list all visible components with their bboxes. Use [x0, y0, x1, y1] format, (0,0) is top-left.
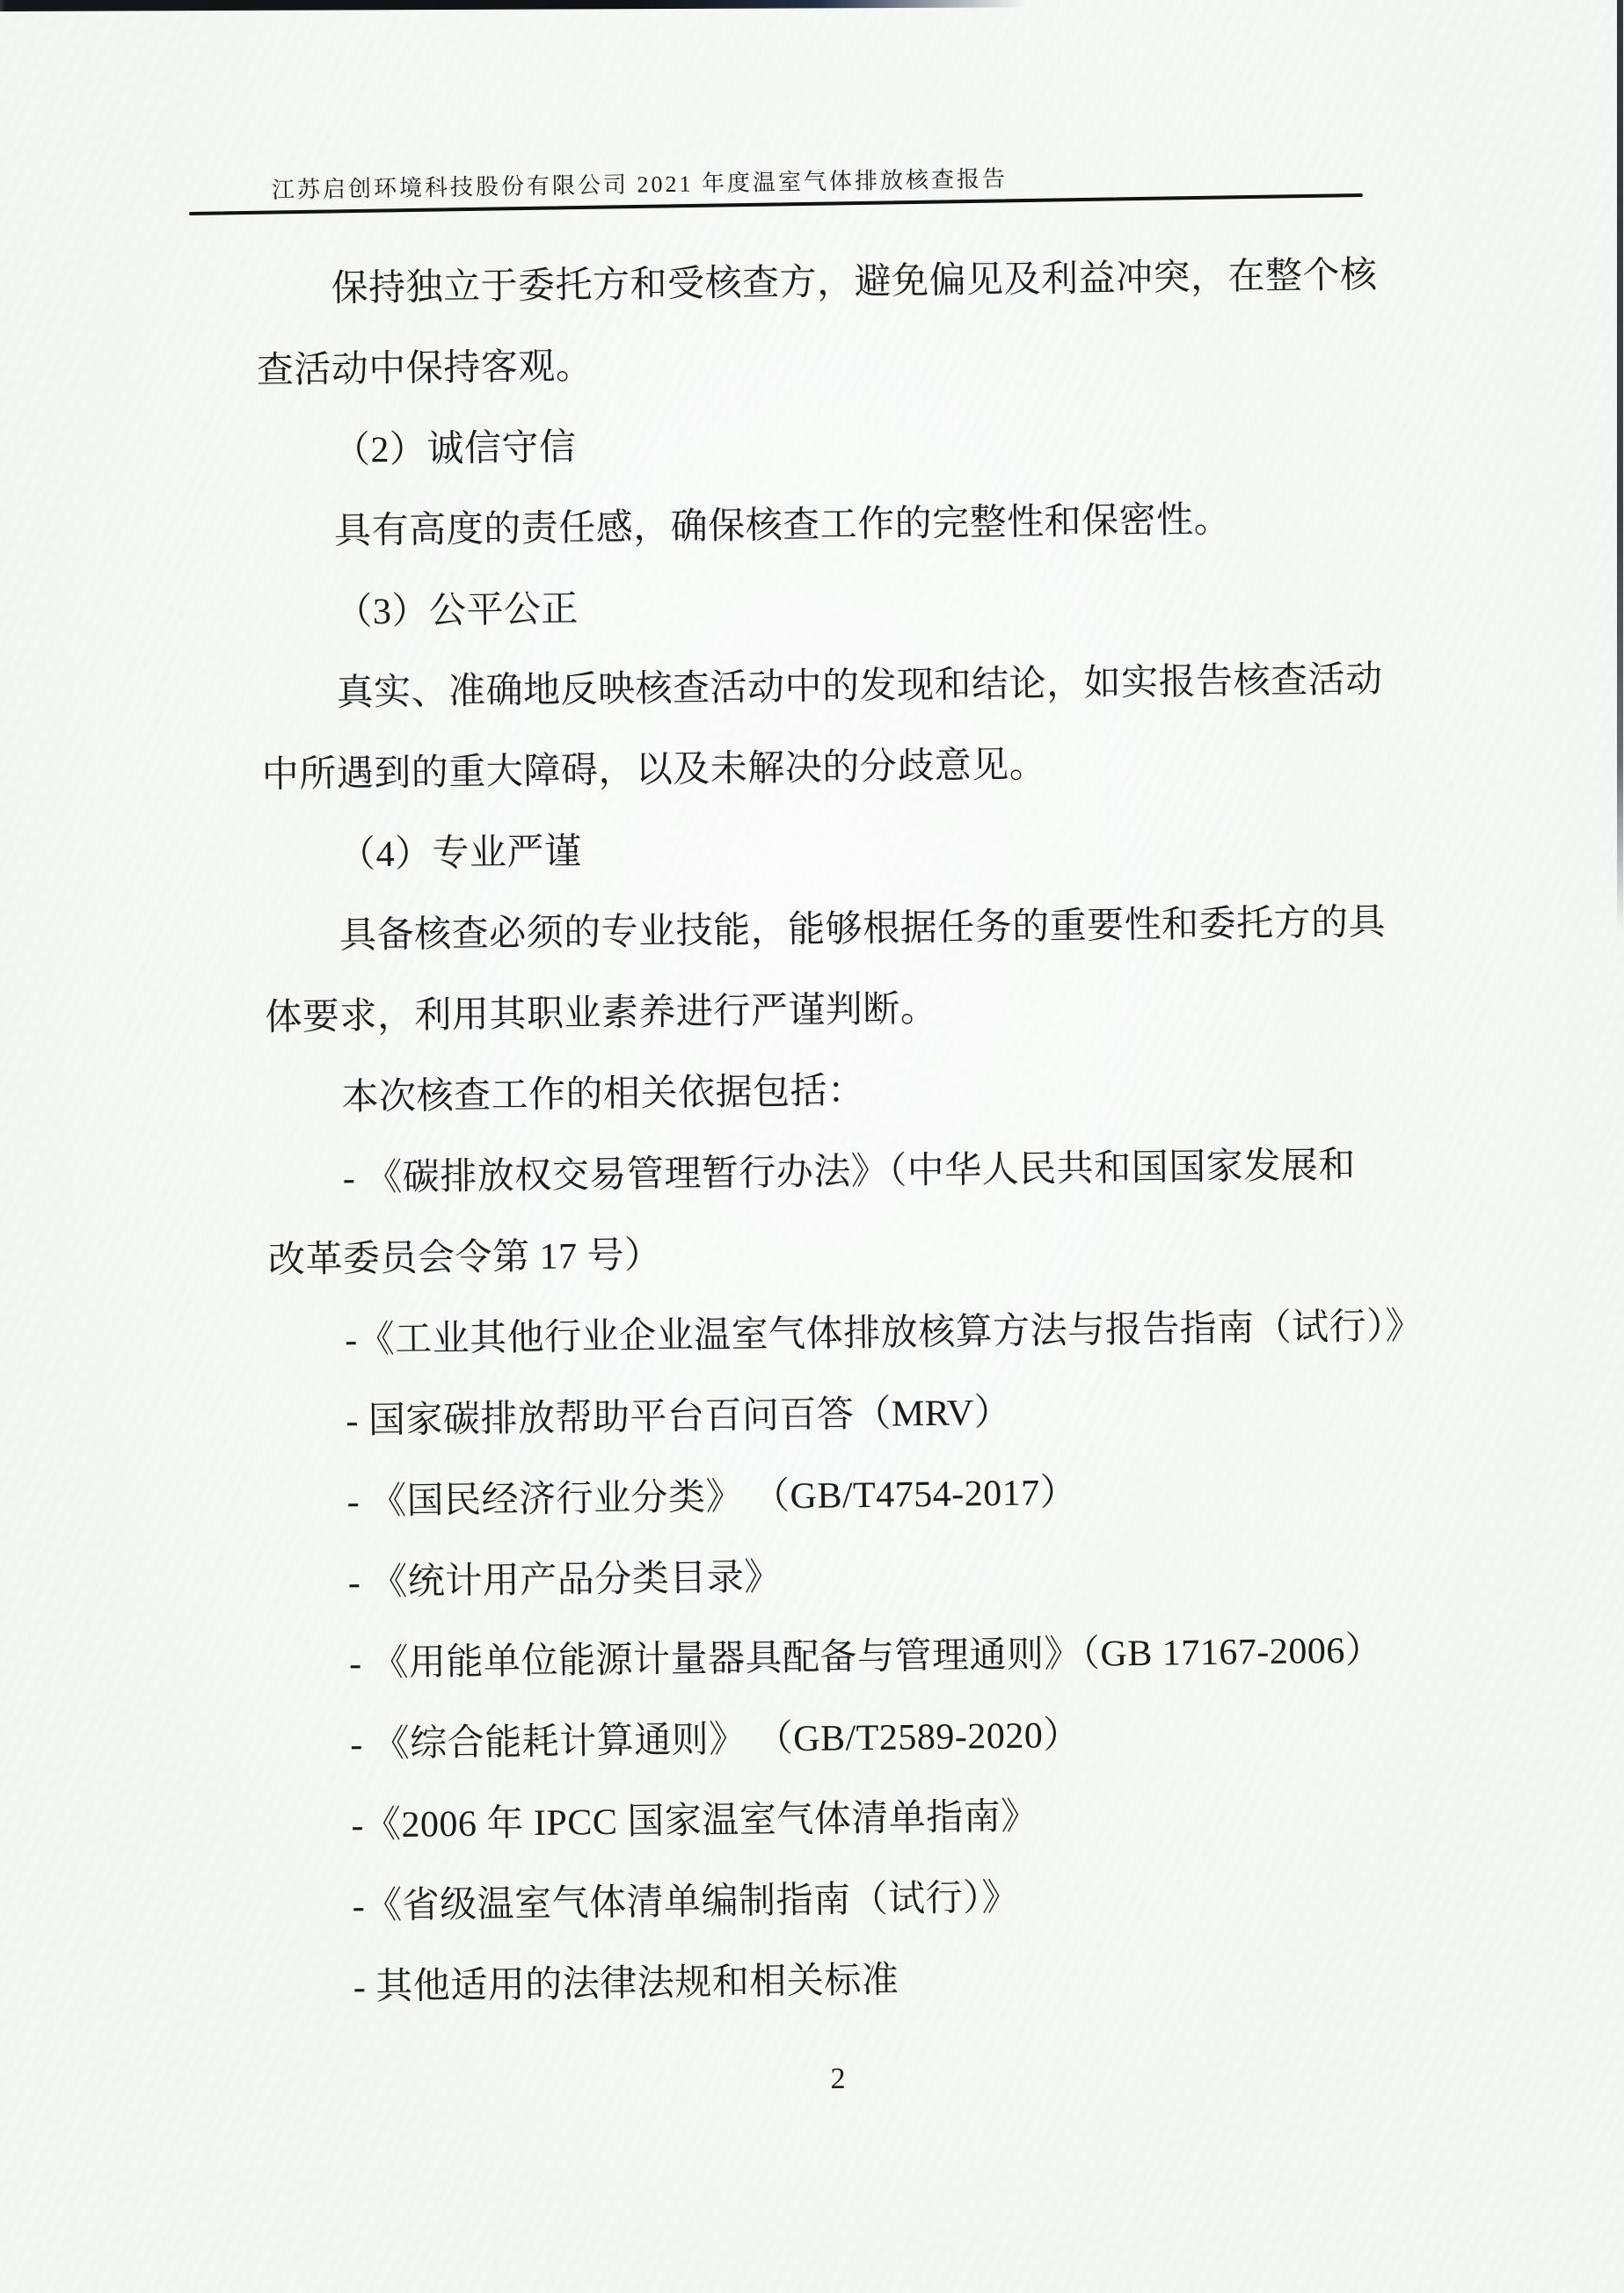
- text-line: - 《国民经济行业分类》 （GB/T4754-2017）: [271, 1447, 1450, 1544]
- text-line: - 《统计用产品分类目录》: [272, 1528, 1451, 1625]
- text-line: （3）公平公正: [259, 557, 1438, 654]
- text-line: 真实、准确地反映核查活动中的发现和结论，如实报告核查活动: [260, 638, 1439, 735]
- text-line: 具有高度的责任感，确保核查工作的完整性和保密性。: [259, 477, 1438, 573]
- text-line: 本次核查工作的相关依据包括：: [266, 1043, 1445, 1139]
- document-page: 江苏启创环境科技股份有限公司 2021 年度温室气体排放核查报告 保持独立于委托…: [0, 0, 1624, 2293]
- document-body: 保持独立于委托方和受核查方，避免偏见及利益冲突，在整个核查活动中保持客观。（2）…: [255, 234, 1456, 2028]
- text-line: -《2006 年 IPCC 国家温室气体清单指南》: [275, 1771, 1454, 1867]
- text-line: （4）专业严谨: [262, 800, 1441, 897]
- page-header-title: 江苏启创环境科技股份有限公司 2021 年度温室气体排放核查报告: [272, 161, 1008, 205]
- text-line: -《省级温室气体清单编制指南（试行）》: [276, 1852, 1455, 1948]
- page-number: 2: [816, 2063, 860, 2096]
- scan-artifact-right-edge: [1617, 0, 1623, 932]
- text-line: 改革委员会令第 17 号）: [267, 1205, 1446, 1301]
- text-line: - 《碳排放权交易管理暂行办法》（中华人民共和国国家发展和: [266, 1124, 1446, 1220]
- text-line: - 《综合能耗计算通则》 （GB/T2589-2020）: [274, 1690, 1453, 1787]
- text-line: - 其他适用的法律法规和相关标准: [277, 1933, 1456, 2029]
- text-line: - 国家碳排放帮助平台百问百答（MRV）: [270, 1366, 1449, 1463]
- text-line: 查活动中保持客观。: [256, 315, 1435, 411]
- text-line: -《工业其他行业企业温室气体排放核算方法与报告指南（试行）》: [269, 1285, 1448, 1382]
- text-line: - 《用能单位能源计量器具配备与管理通则》（GB 17167-2006）: [273, 1609, 1452, 1706]
- text-line: 中所遇到的重大障碍，以及未解决的分歧意见。: [261, 719, 1440, 816]
- scan-artifact-top-edge: [0, 0, 1027, 11]
- text-line: 保持独立于委托方和受核查方，避免偏见及利益冲突，在整个核: [255, 234, 1434, 331]
- text-line: 具备核查必须的专业技能，能够根据任务的重要性和委托方的具: [264, 881, 1443, 978]
- text-line: （2）诚信守信: [257, 396, 1436, 492]
- text-line: 体要求，利用其职业素养进行严谨判断。: [265, 962, 1444, 1059]
